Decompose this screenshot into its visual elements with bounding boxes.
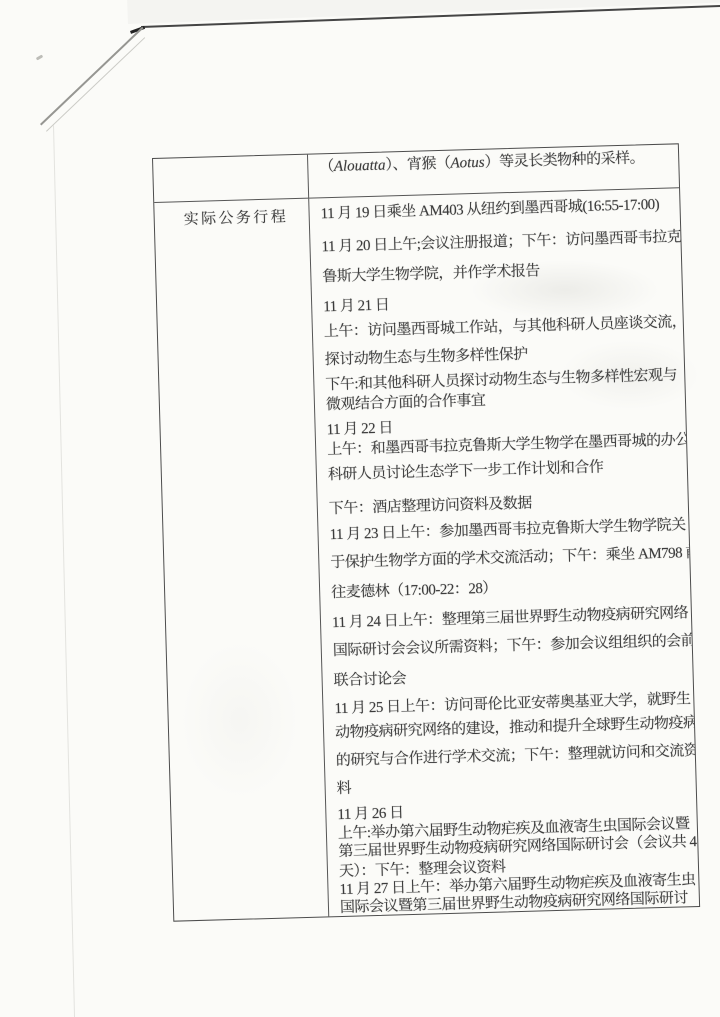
genus-name-aotus: Aotus bbox=[450, 155, 485, 172]
page-left-edge-line bbox=[53, 125, 75, 1017]
continued-text-line: （Alouatta）、宵猴（Aotus）等灵长类物种的采样。 bbox=[319, 147, 676, 177]
text-segment: ）、宵猴（ bbox=[385, 156, 450, 174]
itinerary-line: 动物疫病研究网络的建设，推动和提升全球野生动物疫病 bbox=[335, 713, 692, 743]
page-fold-shadow bbox=[46, 37, 145, 132]
itinerary-line: 科研人员讨论生态学下一步工作计划和合作 bbox=[328, 455, 685, 485]
text-segment: （ bbox=[319, 159, 334, 175]
itinerary-line: 11 月 23 日上午：参加墨西哥韦拉克鲁斯大学生物学院关 bbox=[329, 515, 686, 545]
itinerary-line: 11 月 21 日 bbox=[323, 287, 680, 317]
page-fold-line bbox=[40, 27, 143, 125]
scan-speck bbox=[36, 54, 44, 60]
scanned-page: （Alouatta）、宵猴（Aotus）等灵长类物种的采样。 实际公务行程 11… bbox=[0, 0, 720, 1017]
text-segment: ）等灵长类物种的采样。 bbox=[484, 150, 644, 170]
itinerary-cell: 11 月 19 日乘坐 AM403 从纽约到墨西哥城(16:55-17:00) … bbox=[309, 188, 699, 916]
itinerary-line: 11 月 19 日乘坐 AM403 从纽约到墨西哥城(16:55-17:00) bbox=[320, 194, 677, 224]
itinerary-line: 探讨动物生态与生物多样性保护 bbox=[324, 340, 681, 370]
itinerary-line: 联合讨论会 bbox=[333, 661, 690, 691]
genus-name-alouatta: Alouatta bbox=[334, 157, 386, 174]
itinerary-line: 鲁斯大学生物学院，并作学术报告 bbox=[322, 257, 679, 287]
itinerary-line: 的研究与合作进行学术交流；下午：整理就访问和交流资 bbox=[336, 741, 693, 771]
empty-label-cell bbox=[153, 155, 309, 203]
itinerary-line: 料 bbox=[336, 769, 693, 799]
itinerary-line: 往麦德林（17:00-22：28） bbox=[331, 573, 688, 603]
itinerary-line: 于保护生物学方面的学术交流活动；下午：乘坐 AM798 前 bbox=[330, 543, 687, 573]
itinerary-line: 下午：酒店整理访问资料及数据 bbox=[329, 489, 686, 519]
itinerary-line: 上午：访问墨西哥城工作站，与其他科研人员座谈交流， bbox=[324, 312, 681, 342]
scanner-background bbox=[121, 0, 720, 24]
itinerary-line: 11 月 24 日上午：整理第三届世界野生动物疫病研究网络 bbox=[332, 603, 689, 633]
row-label: 实际公务行程 bbox=[183, 207, 305, 230]
itinerary-line: 国际研讨会会议所需资料；下午：参加会议组组织的会前 bbox=[333, 631, 690, 661]
itinerary-line: 11 月 20 日上午;会议注册报道；下午：访问墨西哥韦拉克 bbox=[321, 227, 678, 257]
itinerary-table: （Alouatta）、宵猴（Aotus）等灵长类物种的采样。 实际公务行程 11… bbox=[152, 143, 700, 921]
row-label-cell: 实际公务行程 bbox=[154, 199, 329, 921]
